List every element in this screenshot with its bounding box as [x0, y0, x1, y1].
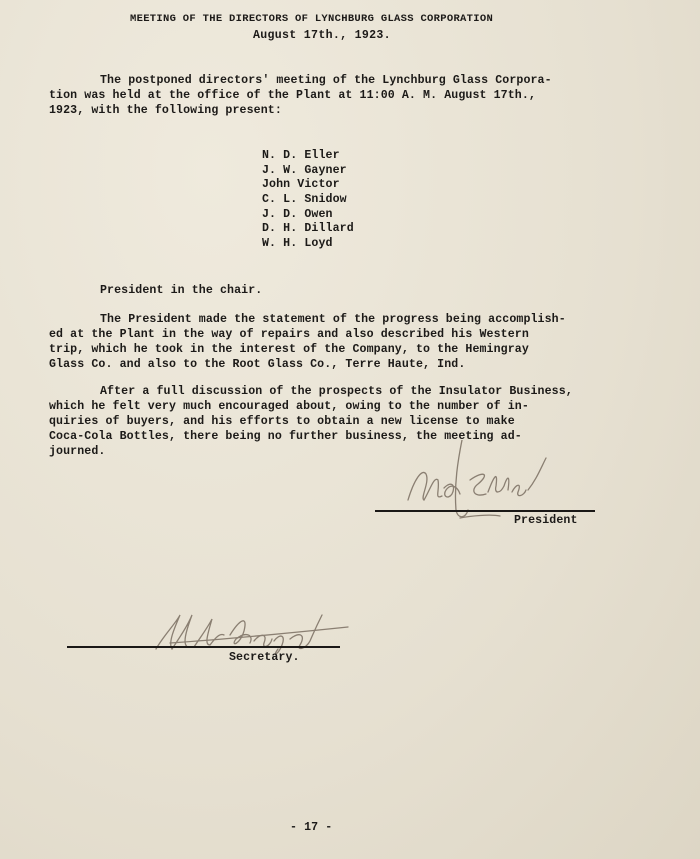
- attendee: J. W. Gayner: [262, 163, 347, 178]
- secretary-title: Secretary.: [229, 650, 300, 665]
- president-signature-line: [375, 510, 595, 512]
- paragraph-line: which he felt very much encouraged about…: [49, 399, 529, 414]
- paragraph-line: ed at the Plant in the way of repairs an…: [49, 327, 529, 342]
- paragraph-line: Glass Co. and also to the Root Glass Co.…: [49, 357, 465, 372]
- attendee: W. H. Loyd: [262, 236, 333, 251]
- attendee: N. D. Eller: [262, 148, 340, 163]
- secretary-signature-line: [67, 646, 340, 648]
- document-title: MEETING OF THE DIRECTORS OF LYNCHBURG GL…: [130, 12, 493, 27]
- chair-statement: President in the chair.: [100, 283, 262, 298]
- president-title: President: [514, 513, 578, 528]
- attendee: D. H. Dillard: [262, 221, 354, 236]
- attendee: John Victor: [262, 177, 340, 192]
- attendee: J. D. Owen: [262, 207, 333, 222]
- intro-line: 1923, with the following present:: [49, 103, 282, 118]
- paragraph-line: trip, which he took in the interest of t…: [49, 342, 529, 357]
- paragraph-line: quiries of buyers, and his efforts to ob…: [49, 414, 515, 429]
- intro-line: tion was held at the office of the Plant…: [49, 88, 536, 103]
- paragraph-line: journed.: [49, 444, 105, 459]
- paragraph-line: The President made the statement of the …: [100, 312, 566, 327]
- intro-line: The postponed directors' meeting of the …: [100, 73, 552, 88]
- paragraph-line: After a full discussion of the prospects…: [100, 384, 573, 399]
- page-number: - 17 -: [290, 820, 332, 835]
- document-date: August 17th., 1923.: [253, 28, 391, 43]
- attendee: C. L. Snidow: [262, 192, 347, 207]
